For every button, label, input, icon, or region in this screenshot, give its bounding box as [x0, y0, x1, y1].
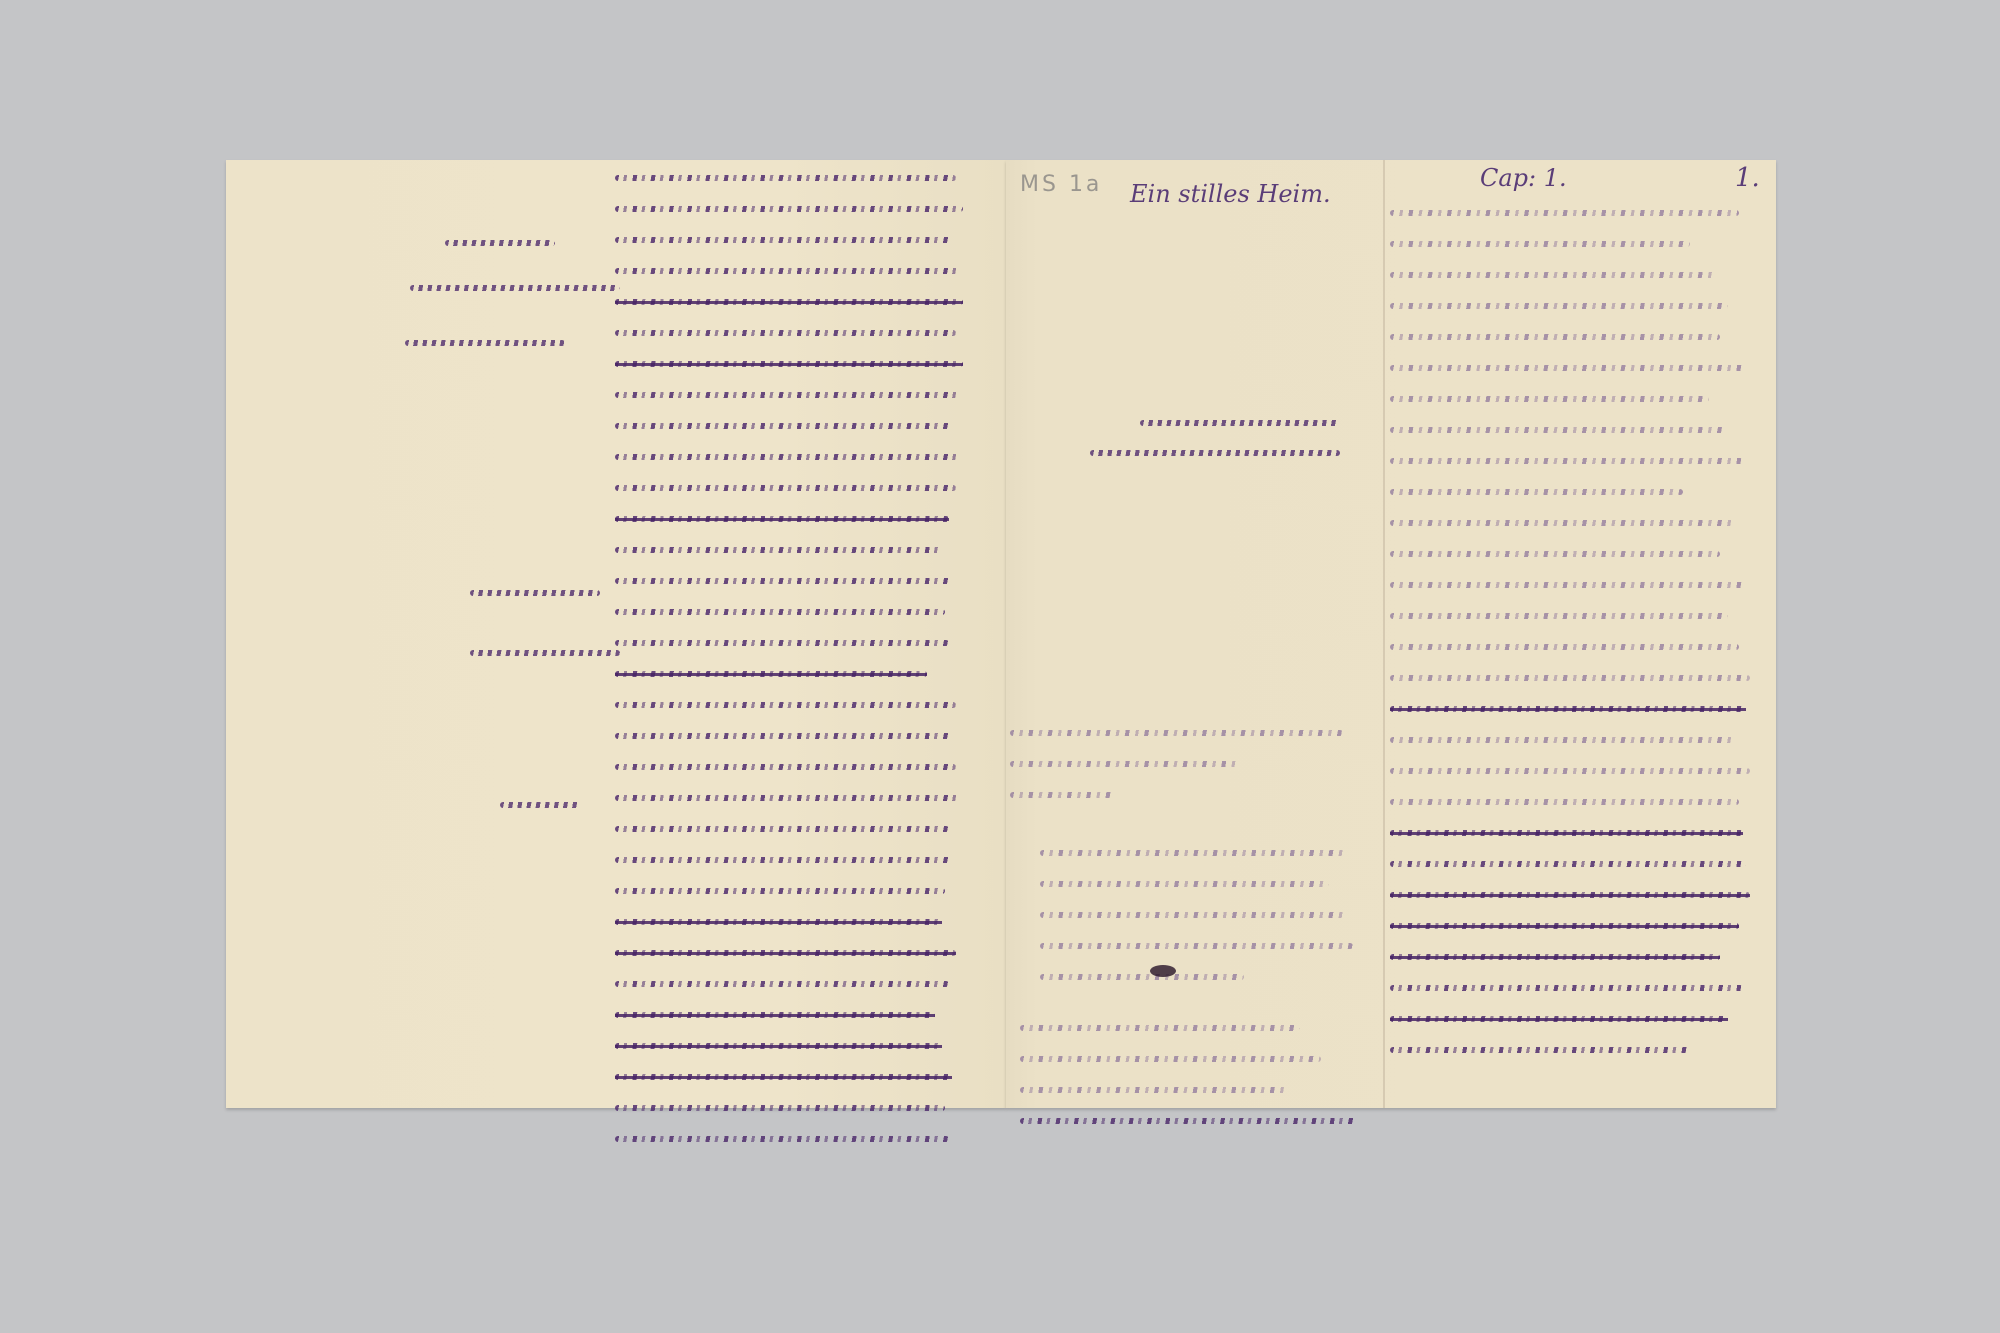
right-page-insert-block — [1020, 1025, 1370, 1149]
ink-blot — [1150, 965, 1176, 977]
margin-note — [405, 340, 565, 346]
manuscript-title: Ein stilles Heim. — [1130, 180, 1331, 208]
margin-note — [1090, 450, 1340, 456]
margin-note — [1140, 420, 1340, 426]
left-page-text-column — [615, 175, 970, 1167]
page-number: 1. — [1735, 163, 1760, 193]
shelfmark-label: MS 1a — [1020, 172, 1102, 197]
paper-fold — [1383, 160, 1385, 1108]
margin-note — [445, 240, 555, 246]
right-page-text-column — [1390, 210, 1765, 1078]
margin-note — [470, 590, 600, 596]
right-page-insert-block — [1040, 850, 1380, 1005]
right-page-insert-block — [1010, 730, 1360, 823]
margin-note — [470, 650, 620, 656]
margin-note — [410, 285, 620, 291]
chapter-heading: Cap: 1. — [1480, 164, 1567, 192]
margin-note — [500, 802, 580, 808]
